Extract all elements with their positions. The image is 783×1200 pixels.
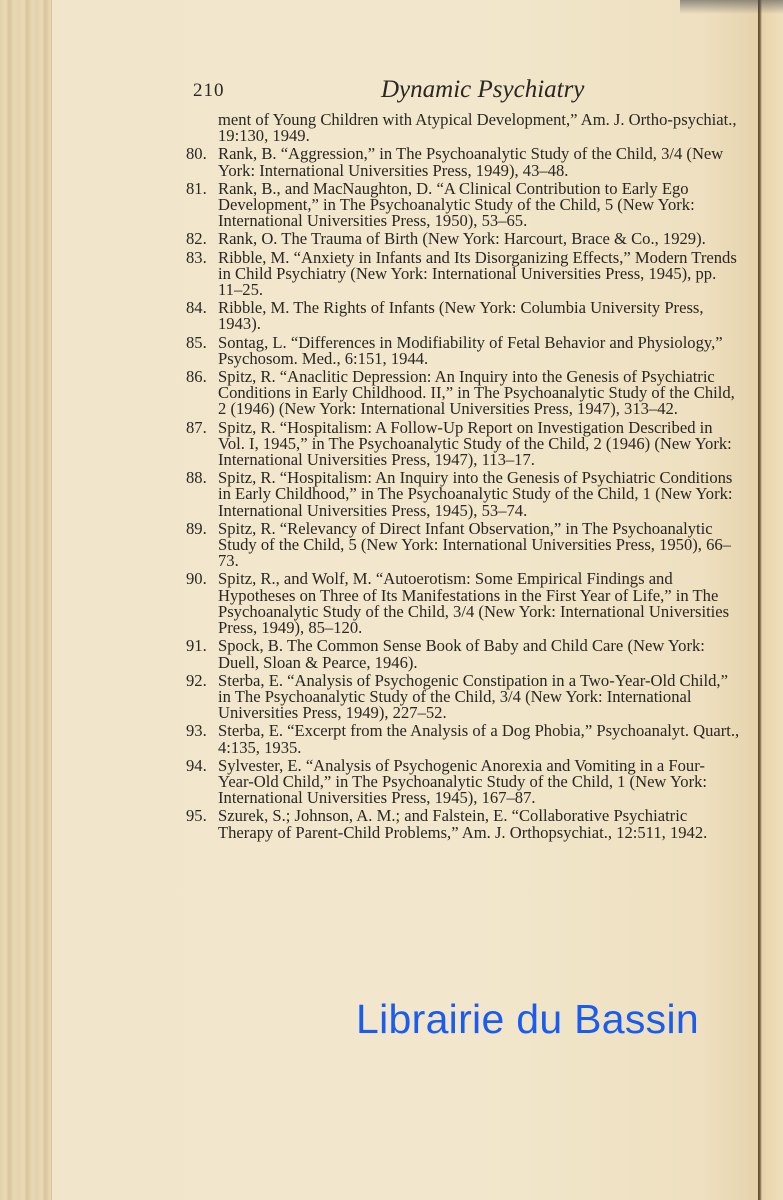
reference-text: Sylvester, E. “Analysis of Psychogenic A… bbox=[218, 756, 707, 807]
reference-text: Ribble, M. The Rights of Infants (New Yo… bbox=[218, 298, 704, 333]
book-page-edges bbox=[0, 0, 52, 1200]
reference-number: 83. bbox=[186, 250, 207, 266]
reference-item: 91.Spock, B. The Common Sense Book of Ba… bbox=[180, 638, 740, 670]
reference-item: 92.Sterba, E. “Analysis of Psychogenic C… bbox=[180, 673, 740, 722]
reference-text: Sterba, E. “Analysis of Psychogenic Cons… bbox=[218, 671, 728, 722]
reference-item: 90.Spitz, R., and Wolf, M. “Autoerotism:… bbox=[180, 571, 740, 636]
reference-item: ment of Young Children with Atypical Dev… bbox=[180, 112, 740, 144]
reference-number: 88. bbox=[186, 470, 207, 486]
reference-number: 89. bbox=[186, 521, 207, 537]
reference-text: Rank, B., and MacNaughton, D. “A Clinica… bbox=[218, 179, 695, 230]
book-gutter bbox=[758, 0, 783, 1200]
reference-number: 92. bbox=[186, 673, 207, 689]
reference-number: 81. bbox=[186, 181, 207, 197]
background-shadow bbox=[680, 0, 783, 14]
reference-text: Spock, B. The Common Sense Book of Baby … bbox=[218, 636, 705, 671]
reference-text: Rank, B. “Aggression,” in The Psychoanal… bbox=[218, 144, 723, 179]
reference-item: 93.Sterba, E. “Excerpt from the Analysis… bbox=[180, 723, 740, 755]
reference-text: Spitz, R. “Anaclitic Depression: An Inqu… bbox=[218, 367, 735, 418]
reference-text: Rank, O. The Trauma of Birth (New York: … bbox=[218, 229, 706, 248]
reference-item: 80.Rank, B. “Aggression,” in The Psychoa… bbox=[180, 146, 740, 178]
reference-item: 82.Rank, O. The Trauma of Birth (New Yor… bbox=[180, 231, 740, 247]
reference-number: 82. bbox=[186, 231, 207, 247]
reference-number: 95. bbox=[186, 808, 207, 824]
reference-item: 88.Spitz, R. “Hospitalism: An Inquiry in… bbox=[180, 470, 740, 519]
reference-number: 90. bbox=[186, 571, 207, 587]
reference-text: Sontag, L. “Differences in Modifiability… bbox=[218, 333, 723, 368]
reference-text: ment of Young Children with Atypical Dev… bbox=[218, 110, 737, 145]
reference-number: 80. bbox=[186, 146, 207, 162]
reference-text: Spitz, R. “Hospitalism: A Follow-Up Repo… bbox=[218, 418, 732, 469]
reference-item: 89.Spitz, R. “Relevancy of Direct Infant… bbox=[180, 521, 740, 570]
reference-number: 86. bbox=[186, 369, 207, 385]
reference-item: 85.Sontag, L. “Differences in Modifiabil… bbox=[180, 335, 740, 367]
reference-item: 95.Szurek, S.; Johnson, A. M.; and Falst… bbox=[180, 808, 740, 840]
reference-item: 83.Ribble, M. “Anxiety in Infants and It… bbox=[180, 250, 740, 299]
reference-number: 94. bbox=[186, 758, 207, 774]
reference-text: Sterba, E. “Excerpt from the Analysis of… bbox=[218, 721, 739, 756]
reference-item: 84.Ribble, M. The Rights of Infants (New… bbox=[180, 300, 740, 332]
reference-text: Spitz, R. “Hospitalism: An Inquiry into … bbox=[218, 468, 733, 519]
reference-text: Szurek, S.; Johnson, A. M.; and Falstein… bbox=[218, 806, 707, 841]
reference-item: 86.Spitz, R. “Anaclitic Depression: An I… bbox=[180, 369, 740, 418]
reference-number: 84. bbox=[186, 300, 207, 316]
reference-item: 81.Rank, B., and MacNaughton, D. “A Clin… bbox=[180, 181, 740, 230]
reference-number: 87. bbox=[186, 420, 207, 436]
page-number: 210 bbox=[193, 80, 225, 102]
reference-list: ment of Young Children with Atypical Dev… bbox=[180, 112, 740, 843]
reference-item: 87.Spitz, R. “Hospitalism: A Follow-Up R… bbox=[180, 420, 740, 469]
watermark: Librairie du Bassin bbox=[356, 996, 699, 1043]
reference-number: 91. bbox=[186, 638, 207, 654]
reference-number: 85. bbox=[186, 335, 207, 351]
reference-number: 93. bbox=[186, 723, 207, 739]
reference-item: 94.Sylvester, E. “Analysis of Psychogeni… bbox=[180, 758, 740, 807]
reference-text: Spitz, R. “Relevancy of Direct Infant Ob… bbox=[218, 519, 731, 570]
page-header: 210 Dynamic Psychiatry bbox=[193, 76, 713, 106]
reference-text: Spitz, R., and Wolf, M. “Autoerotism: So… bbox=[218, 569, 729, 637]
running-title: Dynamic Psychiatry bbox=[381, 76, 584, 104]
reference-text: Ribble, M. “Anxiety in Infants and Its D… bbox=[218, 248, 737, 299]
